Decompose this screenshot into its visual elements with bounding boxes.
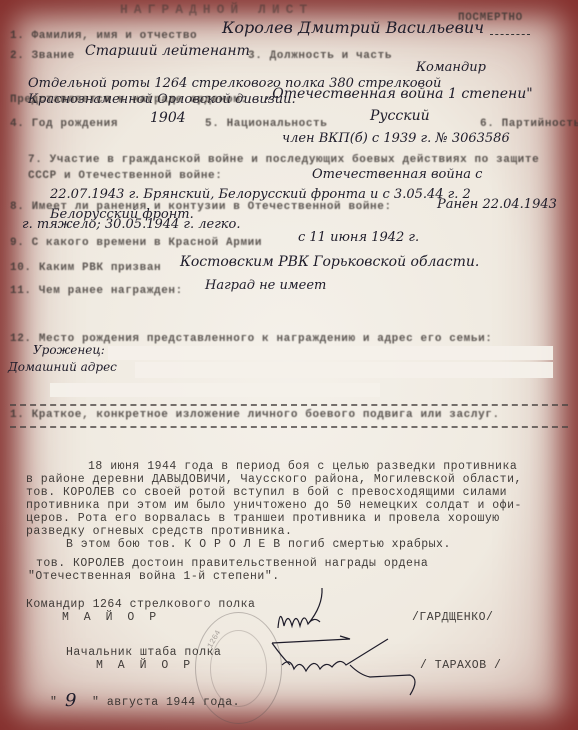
field-4-label: 4. Год рождения [10, 118, 118, 130]
native-label: Уроженец: [33, 343, 105, 357]
dashed-divider-top [10, 404, 568, 406]
commander-title: Командир 1264 стрелкового полка [26, 598, 255, 611]
commander-signature-icon [268, 586, 338, 636]
strike-dash [490, 34, 530, 35]
feat-line-6: разведку огневых средств противника. [26, 525, 292, 538]
field-6-value: член ВКП(б) с 1939 г. № 3063586 [282, 131, 510, 146]
field-10-value: Костовским РВК Горьковской области. [180, 254, 479, 270]
feat-line-7: В этом бою тов. К О Р О Л Е В погиб смер… [66, 538, 451, 551]
field-1-label: 1. Фамилия, имя и отчество [10, 30, 197, 42]
field-4-value: 1904 [150, 110, 186, 126]
field-1-value: Королев Дмитрий Васильевич [222, 18, 484, 37]
nomination-label: Представляется к награде орденом: [10, 94, 248, 106]
field-11-value: Наград не имеет [205, 278, 326, 293]
chief-of-staff-name: / ТАРАХОВ / [420, 659, 501, 672]
feat-line-3: тов. КОРОЛЕВ со своей ротой вступил в бо… [26, 486, 507, 499]
award-sheet-document: НАГРАДНОЙ ЛИСТ ПОСМЕРТНО 1. Фамилия, имя… [0, 0, 578, 730]
feat-line-1: 18 июня 1944 года в период боя с целью р… [88, 460, 517, 473]
feat-heading: 1. Краткое, конкретное изложение личного… [10, 409, 500, 421]
feat-line-2: в районе деревни ДАВЫДОВИЧИ, Чаусского р… [26, 473, 522, 486]
feat-line-5: церов. Рота его ворвалась в траншеи прот… [26, 512, 500, 525]
nomination-value: „Отечественная война 1 степени" [265, 86, 533, 102]
field-9-value: с 11 июня 1942 г. [298, 230, 419, 245]
home-address-label: Домашний адрес [8, 360, 117, 374]
commander-rank: М А Й О Р [62, 611, 160, 624]
field-8-value: Ранен 22.04.1943 г. тяжело; 30.05.1944 г… [22, 195, 562, 235]
header-title: НАГРАДНОЙ ЛИСТ [120, 2, 313, 17]
field-5-value: Русский [370, 108, 430, 124]
date-rest: " августа 1944 года. [92, 696, 240, 709]
field-5-label: 5. Национальность [205, 118, 327, 130]
field-2-value: Старший лейтенант [85, 43, 250, 59]
recommendation-line-1: тов. КОРОЛЕВ достоин правительственной н… [36, 557, 428, 570]
dashed-divider-bottom [10, 426, 568, 428]
redacted-address-2 [50, 383, 380, 397]
date-open-quote: " [50, 696, 57, 709]
chief-of-staff-title: Начальник штаба полка [66, 646, 221, 659]
commander-name: /ГАРДЩЕНКО/ [412, 611, 493, 624]
feat-line-4: противника при этом им было уничтожено д… [26, 499, 522, 512]
date-day: 9 [65, 690, 76, 711]
redacted-address-1 [135, 362, 553, 378]
redacted-birthplace [108, 346, 553, 360]
chief-of-staff-signature-icon [270, 635, 420, 705]
chief-of-staff-rank: М А Й О Р [96, 659, 194, 672]
field-9-label: 9. С какого времени в Красной Армии [10, 237, 262, 249]
field-10-label: 10. Каким РВК призван [10, 262, 161, 274]
recommendation-line-2: "Отечественная война 1-й степени". [28, 570, 280, 583]
field-11-label: 11. Чем ранее награжден: [10, 285, 183, 297]
field-6-label: 6. Партийность [480, 118, 578, 130]
